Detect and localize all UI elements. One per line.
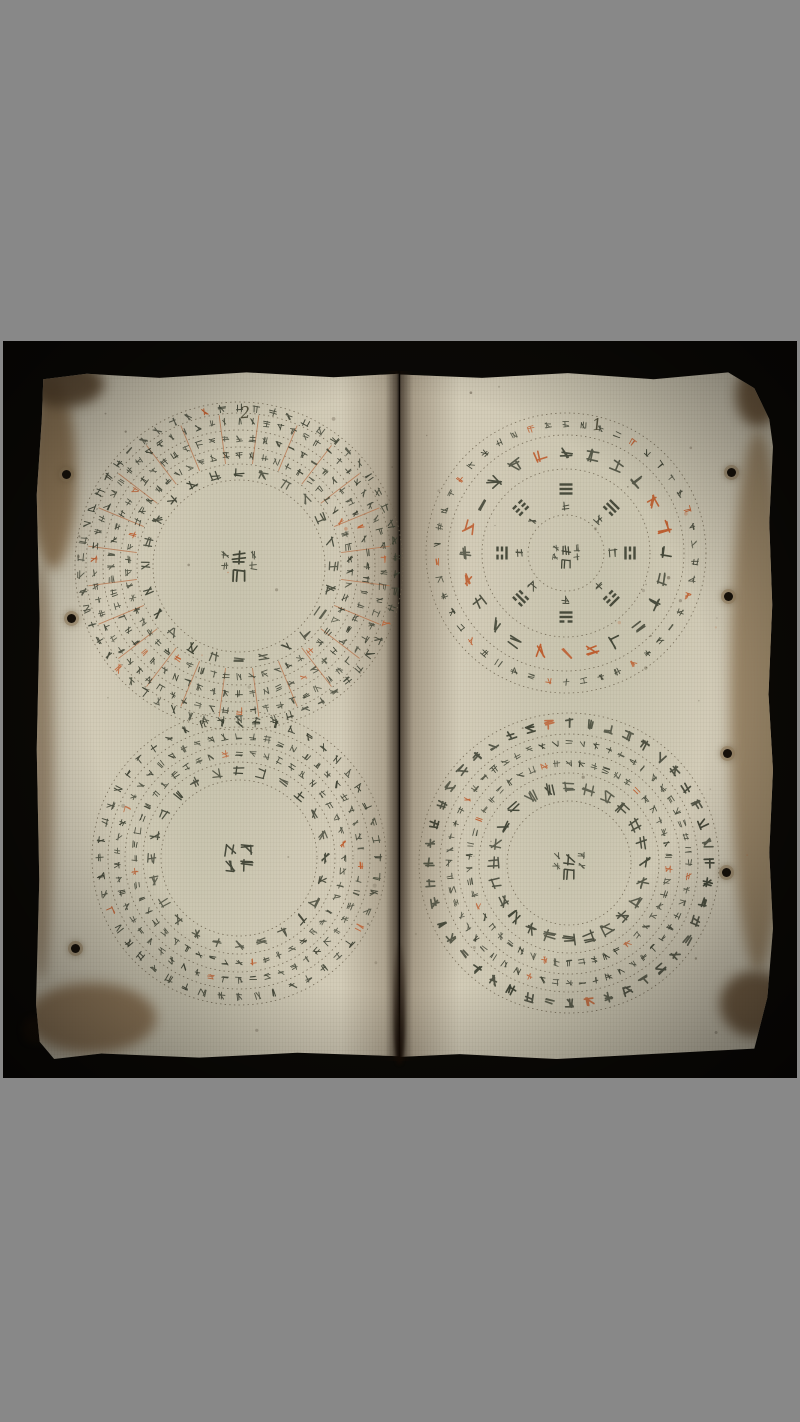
manuscript-photo: 2 1 xyxy=(3,341,797,1078)
compass-diagrams-layer xyxy=(3,341,797,1078)
screenshot-root: 2 1 xyxy=(0,0,800,1422)
